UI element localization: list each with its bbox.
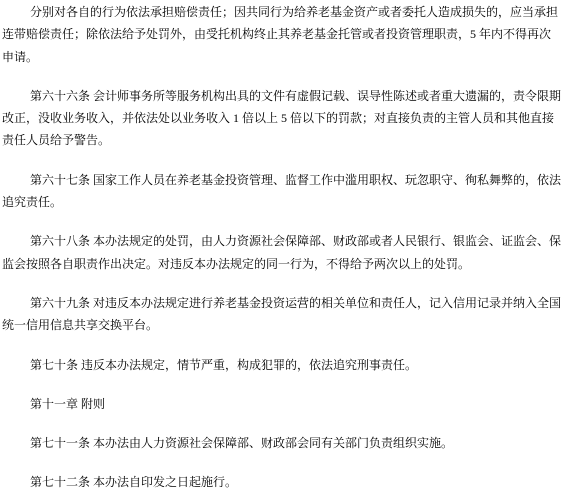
text-line: 统一信用信息共享交换平台。 [2, 314, 557, 336]
paragraph: 第六十六条 会计师事务所等服务机构出具的文件有虚假记载、误导性陈述或者重大遗漏的… [2, 85, 557, 152]
text-line: 申请。 [2, 46, 557, 68]
paragraph: 第七十二条 本办法自印发之日起施行。 [2, 471, 557, 493]
paragraph: 第六十八条 本办法规定的处罚，由人力资源社会保障部、财政部或者人民银行、银监会、… [2, 230, 557, 275]
text-line: 第十一章 附则 [2, 393, 557, 415]
document-body: 分别对各自的行为依法承担赔偿责任；因共同行为给养老基金资产或者委托人造成损失的，… [0, 0, 561, 494]
paragraph: 分别对各自的行为依法承担赔偿责任；因共同行为给养老基金资产或者委托人造成损失的，… [2, 1, 557, 68]
text-line: 第七十条 违反本办法规定，情节严重，构成犯罪的，依法追究刑事责任。 [2, 354, 557, 376]
text-line: 第六十九条 对违反本办法规定进行养老基金投资运营的相关单位和责任人，记入信用记录… [2, 292, 557, 314]
text-line: 第六十六条 会计师事务所等服务机构出具的文件有虚假记载、误导性陈述或者重大遗漏的… [2, 85, 557, 107]
text-line: 第六十八条 本办法规定的处罚，由人力资源社会保障部、财政部或者人民银行、银监会、… [2, 230, 557, 252]
text-line: 第六十七条 国家工作人员在养老基金投资管理、监督工作中滥用职权、玩忽职守、徇私舞… [2, 169, 557, 191]
paragraph: 第六十九条 对违反本办法规定进行养老基金投资运营的相关单位和责任人，记入信用记录… [2, 292, 557, 337]
text-line: 改正，没收业务收入，并依法处以业务收入 1 倍以上 5 倍以下的罚款；对直接负责… [2, 107, 557, 129]
text-line: 连带赔偿责任；除依法给予处罚外，由受托机构终止其养老基金托管或者投资管理职责，5… [2, 23, 557, 45]
text-line: 监会按照各自职责作出决定。对违反本办法规定的同一行为，不得给予两次以上的处罚。 [2, 253, 557, 275]
text-line: 责任人员给予警告。 [2, 129, 557, 151]
paragraph: 第七十一条 本办法由人力资源社会保障部、财政部会同有关部门负责组织实施。 [2, 432, 557, 454]
paragraph: 第七十条 违反本办法规定，情节严重，构成犯罪的，依法追究刑事责任。 [2, 354, 557, 376]
text-line: 第七十一条 本办法由人力资源社会保障部、财政部会同有关部门负责组织实施。 [2, 432, 557, 454]
text-line: 追究责任。 [2, 191, 557, 213]
paragraph: 第六十七条 国家工作人员在养老基金投资管理、监督工作中滥用职权、玩忽职守、徇私舞… [2, 169, 557, 214]
text-line: 分别对各自的行为依法承担赔偿责任；因共同行为给养老基金资产或者委托人造成损失的，… [2, 1, 557, 23]
text-line: 第七十二条 本办法自印发之日起施行。 [2, 471, 557, 493]
chapter-heading: 第十一章 附则 [2, 393, 557, 415]
